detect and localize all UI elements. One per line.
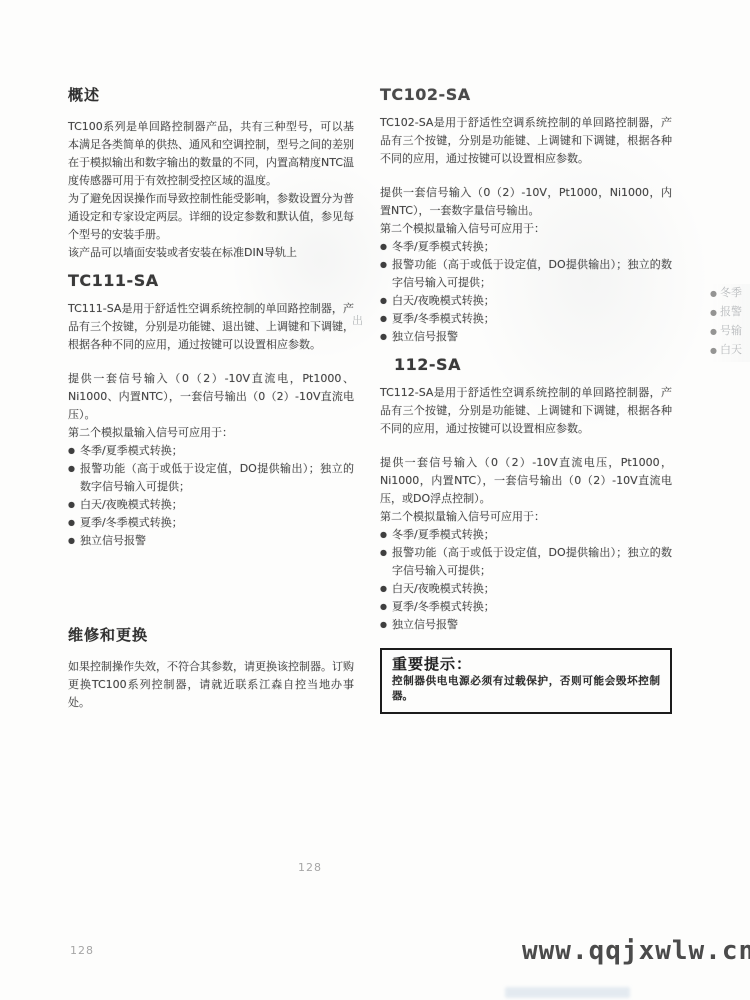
bullet-icon: ●: [380, 238, 392, 256]
tc111-heading: TC111-SA: [68, 272, 354, 290]
tc112-second-input-label: 第二个模拟量输入信号可应用于：: [380, 508, 672, 526]
bullet-text: 夏季/冬季模式转换；: [392, 310, 672, 328]
bullet-item: ● 夏季/冬季模式转换；: [380, 598, 672, 616]
bullet-text: 独立信号报警: [392, 616, 672, 634]
page-number-center: 128: [298, 861, 322, 874]
tc102-bullet-list: ● 冬季/夏季模式转换； ● 报警功能（高于或低于设定值，DO提供输出）；独立的…: [380, 238, 672, 346]
section-overview: 概述 TC100系列是单回路控制器产品，共有三种型号，可以基本满足各类简单的供热…: [68, 86, 354, 262]
notice-title: 重要提示：: [392, 655, 660, 674]
section-tc102: TC102-SA TC102-SA是用于舒适性空调系统控制的单回路控制器，产品有…: [380, 86, 672, 346]
tc112-heading: 112-SA: [380, 356, 672, 374]
tc111-intro: TC111-SA是用于舒适性空调系统控制的单回路控制器，产品有三个按键，分别是功…: [68, 300, 354, 354]
maintenance-body: 如果控制操作失效，不符合其参数，请更换该控制器。订购更换TC100系列控制器，请…: [68, 658, 354, 712]
bullet-item: ● 冬季/夏季模式转换；: [68, 442, 354, 460]
ghost-line: ●号输: [710, 322, 750, 341]
bullet-item: ● 冬季/夏季模式转换；: [380, 526, 672, 544]
ghost-bleedthrough-text: ●冬季 ●报警 ●号输 ●白天: [710, 284, 750, 362]
bullet-icon: ●: [380, 598, 392, 616]
bullet-text: 白天/夜晚模式转换；: [80, 496, 354, 514]
bullet-icon: ●: [68, 442, 80, 460]
tc111-bullet-list: ● 冬季/夏季模式转换； ● 报警功能（高于或低于设定值，DO提供输出）；独立的…: [68, 442, 354, 550]
bullet-item: ● 报警功能（高于或低于设定值，DO提供输出）；独立的数字信号输入可提供；: [380, 256, 672, 292]
ghost-line: ●白天: [710, 341, 750, 360]
bullet-item: ● 白天/夜晚模式转换；: [380, 292, 672, 310]
bullet-text: 白天/夜晚模式转换；: [392, 292, 672, 310]
bullet-text: 报警功能（高于或低于设定值，DO提供输出）；独立的数字信号输入可提供；: [392, 544, 672, 580]
bullet-icon: ●: [380, 526, 392, 544]
bullet-item: ● 独立信号报警: [380, 328, 672, 346]
bullet-item: ● 白天/夜晚模式转换；: [68, 496, 354, 514]
section-maintenance: 维修和更换 如果控制操作失效，不符合其参数，请更换该控制器。订购更换TC100系…: [68, 626, 354, 712]
scanned-document-page: 概述 TC100系列是单回路控制器产品，共有三种型号，可以基本满足各类简单的供热…: [0, 0, 750, 1000]
left-column: 概述 TC100系列是单回路控制器产品，共有三种型号，可以基本满足各类简单的供热…: [68, 86, 354, 712]
tc102-second-input-label: 第二个模拟量输入信号可应用于：: [380, 220, 672, 238]
bullet-icon: ●: [68, 496, 80, 514]
bullet-icon: ●: [380, 328, 392, 346]
tc112-bullet-list: ● 冬季/夏季模式转换； ● 报警功能（高于或低于设定值，DO提供输出）；独立的…: [380, 526, 672, 634]
bullet-icon: ●: [710, 346, 717, 355]
bullet-text: 白天/夜晚模式转换；: [392, 580, 672, 598]
paragraph: 为了避免因误操作而导致控制性能受影响，参数设置分为普通设定和专家设定两层。详细的…: [68, 190, 354, 244]
bullet-text: 独立信号报警: [392, 328, 672, 346]
maintenance-heading: 维修和更换: [68, 626, 354, 644]
bullet-item: ● 独立信号报警: [380, 616, 672, 634]
ghost-line: ●报警: [710, 303, 750, 322]
bullet-text: 报警功能（高于或低于设定值，DO提供输出）；独立的数字信号输入可提供；: [392, 256, 672, 292]
ghost-line: ●冬季: [710, 284, 750, 303]
bullet-icon: ●: [710, 308, 717, 317]
ghost-bleedthrough-char: 出: [352, 312, 363, 328]
bullet-text: 报警功能（高于或低于设定值，DO提供输出）；独立的数字信号输入可提供；: [80, 460, 354, 496]
tc102-heading: TC102-SA: [380, 86, 672, 104]
important-notice-box: 重要提示： 控制器供电电源必须有过载保护，否则可能会毁坏控制器。: [380, 648, 672, 714]
tc102-intro: TC102-SA是用于舒适性空调系统控制的单回路控制器，产品有三个按键，分别是功…: [380, 114, 672, 168]
bullet-icon: ●: [380, 256, 392, 274]
bullet-icon: ●: [68, 460, 80, 478]
tc111-signals: 提供一套信号输入（0（2）-10V直流电，Pt1000、Ni1000、内置NTC…: [68, 370, 354, 424]
paragraph: TC100系列是单回路控制器产品，共有三种型号，可以基本满足各类简单的供热、通风…: [68, 118, 354, 190]
bullet-text: 独立信号报警: [80, 532, 354, 550]
bullet-text: 夏季/冬季模式转换；: [80, 514, 354, 532]
bullet-icon: ●: [380, 580, 392, 598]
notice-body: 控制器供电电源必须有过载保护，否则可能会毁坏控制器。: [392, 674, 660, 704]
section-tc111: TC111-SA TC111-SA是用于舒适性空调系统控制的单回路控制器，产品有…: [68, 272, 354, 550]
scan-edge-artifact: [505, 987, 630, 998]
bullet-icon: ●: [68, 514, 80, 532]
bullet-text: 冬季/夏季模式转换；: [392, 238, 672, 256]
bullet-icon: ●: [710, 327, 717, 336]
bullet-icon: ●: [380, 544, 392, 562]
bullet-icon: ●: [380, 616, 392, 634]
watermark-text: www.qqjxwlw.cn: [522, 936, 750, 966]
bullet-text: 冬季/夏季模式转换；: [392, 526, 672, 544]
overview-heading: 概述: [68, 86, 354, 104]
bullet-item: ● 夏季/冬季模式转换；: [380, 310, 672, 328]
bullet-icon: ●: [710, 289, 717, 298]
overview-paragraphs: TC100系列是单回路控制器产品，共有三种型号，可以基本满足各类简单的供热、通风…: [68, 118, 354, 262]
page-number-bottom-left: 128: [70, 944, 94, 957]
right-column: TC102-SA TC102-SA是用于舒适性空调系统控制的单回路控制器，产品有…: [380, 86, 672, 714]
tc112-intro: TC112-SA是用于舒适性空调系统控制的单回路控制器，产品有三个按键，分别是功…: [380, 384, 672, 438]
bullet-item: ● 夏季/冬季模式转换；: [68, 514, 354, 532]
bullet-text: 冬季/夏季模式转换；: [80, 442, 354, 460]
bullet-item: ● 报警功能（高于或低于设定值，DO提供输出）；独立的数字信号输入可提供；: [68, 460, 354, 496]
bullet-item: ● 白天/夜晚模式转换；: [380, 580, 672, 598]
tc111-second-input-label: 第二个模拟量输入信号可应用于：: [68, 424, 354, 442]
tc112-signals: 提供一套信号输入（0（2）-10V直流电压，Pt1000，Ni1000，内置NT…: [380, 454, 672, 508]
bullet-item: ● 报警功能（高于或低于设定值，DO提供输出）；独立的数字信号输入可提供；: [380, 544, 672, 580]
paragraph: 该产品可以墙面安装或者安装在标准DIN导轨上: [68, 244, 354, 262]
section-tc112: 112-SA TC112-SA是用于舒适性空调系统控制的单回路控制器，产品有三个…: [380, 356, 672, 634]
bullet-icon: ●: [380, 310, 392, 328]
tc102-signals: 提供一套信号输入（0（2）-10V，Pt1000，Ni1000，内置NTC），一…: [380, 184, 672, 220]
bullet-icon: ●: [68, 532, 80, 550]
bullet-text: 夏季/冬季模式转换；: [392, 598, 672, 616]
bullet-item: ● 冬季/夏季模式转换；: [380, 238, 672, 256]
bullet-item: ● 独立信号报警: [68, 532, 354, 550]
bullet-icon: ●: [380, 292, 392, 310]
